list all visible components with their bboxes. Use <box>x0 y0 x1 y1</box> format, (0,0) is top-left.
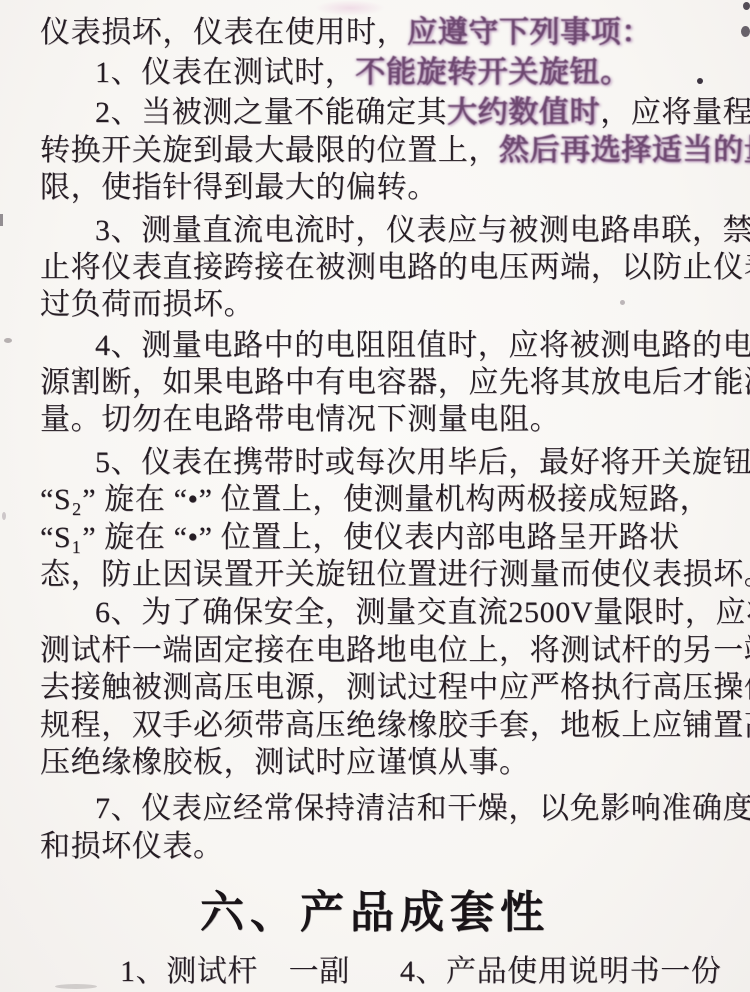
scan-artifact <box>741 26 750 37</box>
text-line: 压绝缘橡胶板，测试时应谨慎从事。 <box>40 745 530 781</box>
smudged-text: 大约数值时 <box>447 96 600 129</box>
scan-artifact <box>0 214 3 226</box>
text-line: 量。切勿在电路带电情况下测量电阻。 <box>40 402 560 438</box>
text-line: 7、仪表应经常保持清洁和干燥，以免影响准确度 <box>95 791 750 827</box>
text-line: 源割断，如果电路中有电容器，应先将其放电后才能测 <box>40 365 750 401</box>
text-line: 3、测量直流电流时，仪表应与被测电路串联，禁 <box>95 213 750 249</box>
text-segment: ，应将量程 <box>600 96 750 129</box>
text-segment: “S₁” 旋在 “•” 位置上，使仪表内部电路呈开路状 <box>40 521 680 554</box>
text-line: 规程，双手必须带高压绝缘橡胶手套，地板上应铺置高 <box>40 708 750 744</box>
section-heading: 六、产品成套性 <box>0 876 750 940</box>
text-line: 1、仪表在测试时，不能旋转开关旋钮。 <box>95 55 631 91</box>
text-line: 2、当被测之量不能确定其大约数值时，应将量程 <box>95 95 750 131</box>
text-segment: 1、仪表在测试时， <box>95 56 355 89</box>
text-line: 过负荷而损坏。 <box>40 287 254 323</box>
text-line: “S₂” 旋在 “•” 位置上，使测量机构两极接成短路， <box>40 482 710 518</box>
text-line: 转换开关旋到最大最限的位置上，然后再选择适当的量 <box>40 133 750 169</box>
ink-bleed-haze <box>315 0 385 16</box>
text-line: 仪表损坏，仪表在使用时，应遵守下列事项： <box>40 15 652 51</box>
text-segment: 5、仪表在携带时或每次用毕后，最好将开关旋钮 <box>95 446 750 479</box>
accessories-list-line: 1、测试杆 一副 4、产品使用说明书一份 <box>120 946 721 990</box>
text-segment: 去接触被测高压电源，测试过程中应严格执行高压操作 <box>40 671 750 704</box>
text-line: 4、测量电路中的电阻阻值时，应将被测电路的电 <box>95 328 750 364</box>
text-segment: 和损坏仪表。 <box>40 830 224 863</box>
accessory-item: 4、产品使用说明书一份 <box>400 946 722 990</box>
scan-artifact <box>2 512 6 520</box>
scan-artifact <box>620 300 625 305</box>
text-line: 测试杆一端固定接在电路地电位上，将测试杆的另一端 <box>40 633 750 669</box>
text-line: 限，使指针得到最大的偏转。 <box>40 170 438 206</box>
accessory-item: 1、测试杆 一副 <box>120 946 350 990</box>
smudged-text: 应遵守下列事项： <box>407 16 652 49</box>
text-line: 态，防止因误置开关旋钮位置进行测量而使仪表损坏。 <box>40 557 750 593</box>
text-line: 和损坏仪表。 <box>40 829 224 865</box>
text-segment: 过负荷而损坏。 <box>40 288 254 321</box>
text-segment: 测试杆一端固定接在电路地电位上，将测试杆的另一端 <box>40 634 750 667</box>
text-segment: 2、当被测之量不能确定其 <box>95 96 447 129</box>
text-segment: 规程，双手必须带高压绝缘橡胶手套，地板上应铺置高 <box>40 709 750 742</box>
text-segment: 量。切勿在电路带电情况下测量电阻。 <box>40 403 560 436</box>
text-segment: 转换开关旋到最大最限的位置上， <box>40 134 499 167</box>
text-line: 去接触被测高压电源，测试过程中应严格执行高压操作 <box>40 670 750 706</box>
scan-artifact <box>697 78 703 84</box>
text-line: “S₁” 旋在 “•” 位置上，使仪表内部电路呈开路状 <box>40 520 680 556</box>
text-segment: 源割断，如果电路中有电容器，应先将其放电后才能测 <box>40 366 750 399</box>
text-segment: 止将仪表直接跨接在被测电路的电压两端，以防止仪表 <box>40 251 750 284</box>
scan-artifact <box>55 984 97 989</box>
smudged-text: 然后再选择适当的量 <box>499 134 750 167</box>
scan-artifact <box>743 2 750 10</box>
text-segment: 仪表损坏，仪表在使用时， <box>40 16 407 49</box>
smudged-text: 不能旋转开关旋钮。 <box>355 56 630 89</box>
text-segment: 3、测量直流电流时，仪表应与被测电路串联，禁 <box>95 214 750 247</box>
text-line: 止将仪表直接跨接在被测电路的电压两端，以防止仪表 <box>40 250 750 286</box>
text-line: 5、仪表在携带时或每次用毕后，最好将开关旋钮 <box>95 445 750 481</box>
text-segment: 限，使指针得到最大的偏转。 <box>40 171 438 204</box>
text-segment: 态，防止因误置开关旋钮位置进行测量而使仪表损坏。 <box>40 558 750 591</box>
text-segment: 4、测量电路中的电阻阻值时，应将被测电路的电 <box>95 329 750 362</box>
scanned-manual-page: 仪表损坏，仪表在使用时，应遵守下列事项：1、仪表在测试时，不能旋转开关旋钮。2、… <box>0 0 750 992</box>
text-segment: 压绝缘橡胶板，测试时应谨慎从事。 <box>40 746 530 779</box>
text-segment: 6、为了确保安全，测量交直流2500V量限时，应将 <box>95 596 750 629</box>
text-segment: “S₂” 旋在 “•” 位置上，使测量机构两极接成短路， <box>40 483 710 516</box>
text-line: 6、为了确保安全，测量交直流2500V量限时，应将 <box>95 595 750 631</box>
text-segment: 7、仪表应经常保持清洁和干燥，以免影响准确度 <box>95 792 750 825</box>
scan-artifact <box>4 338 12 343</box>
